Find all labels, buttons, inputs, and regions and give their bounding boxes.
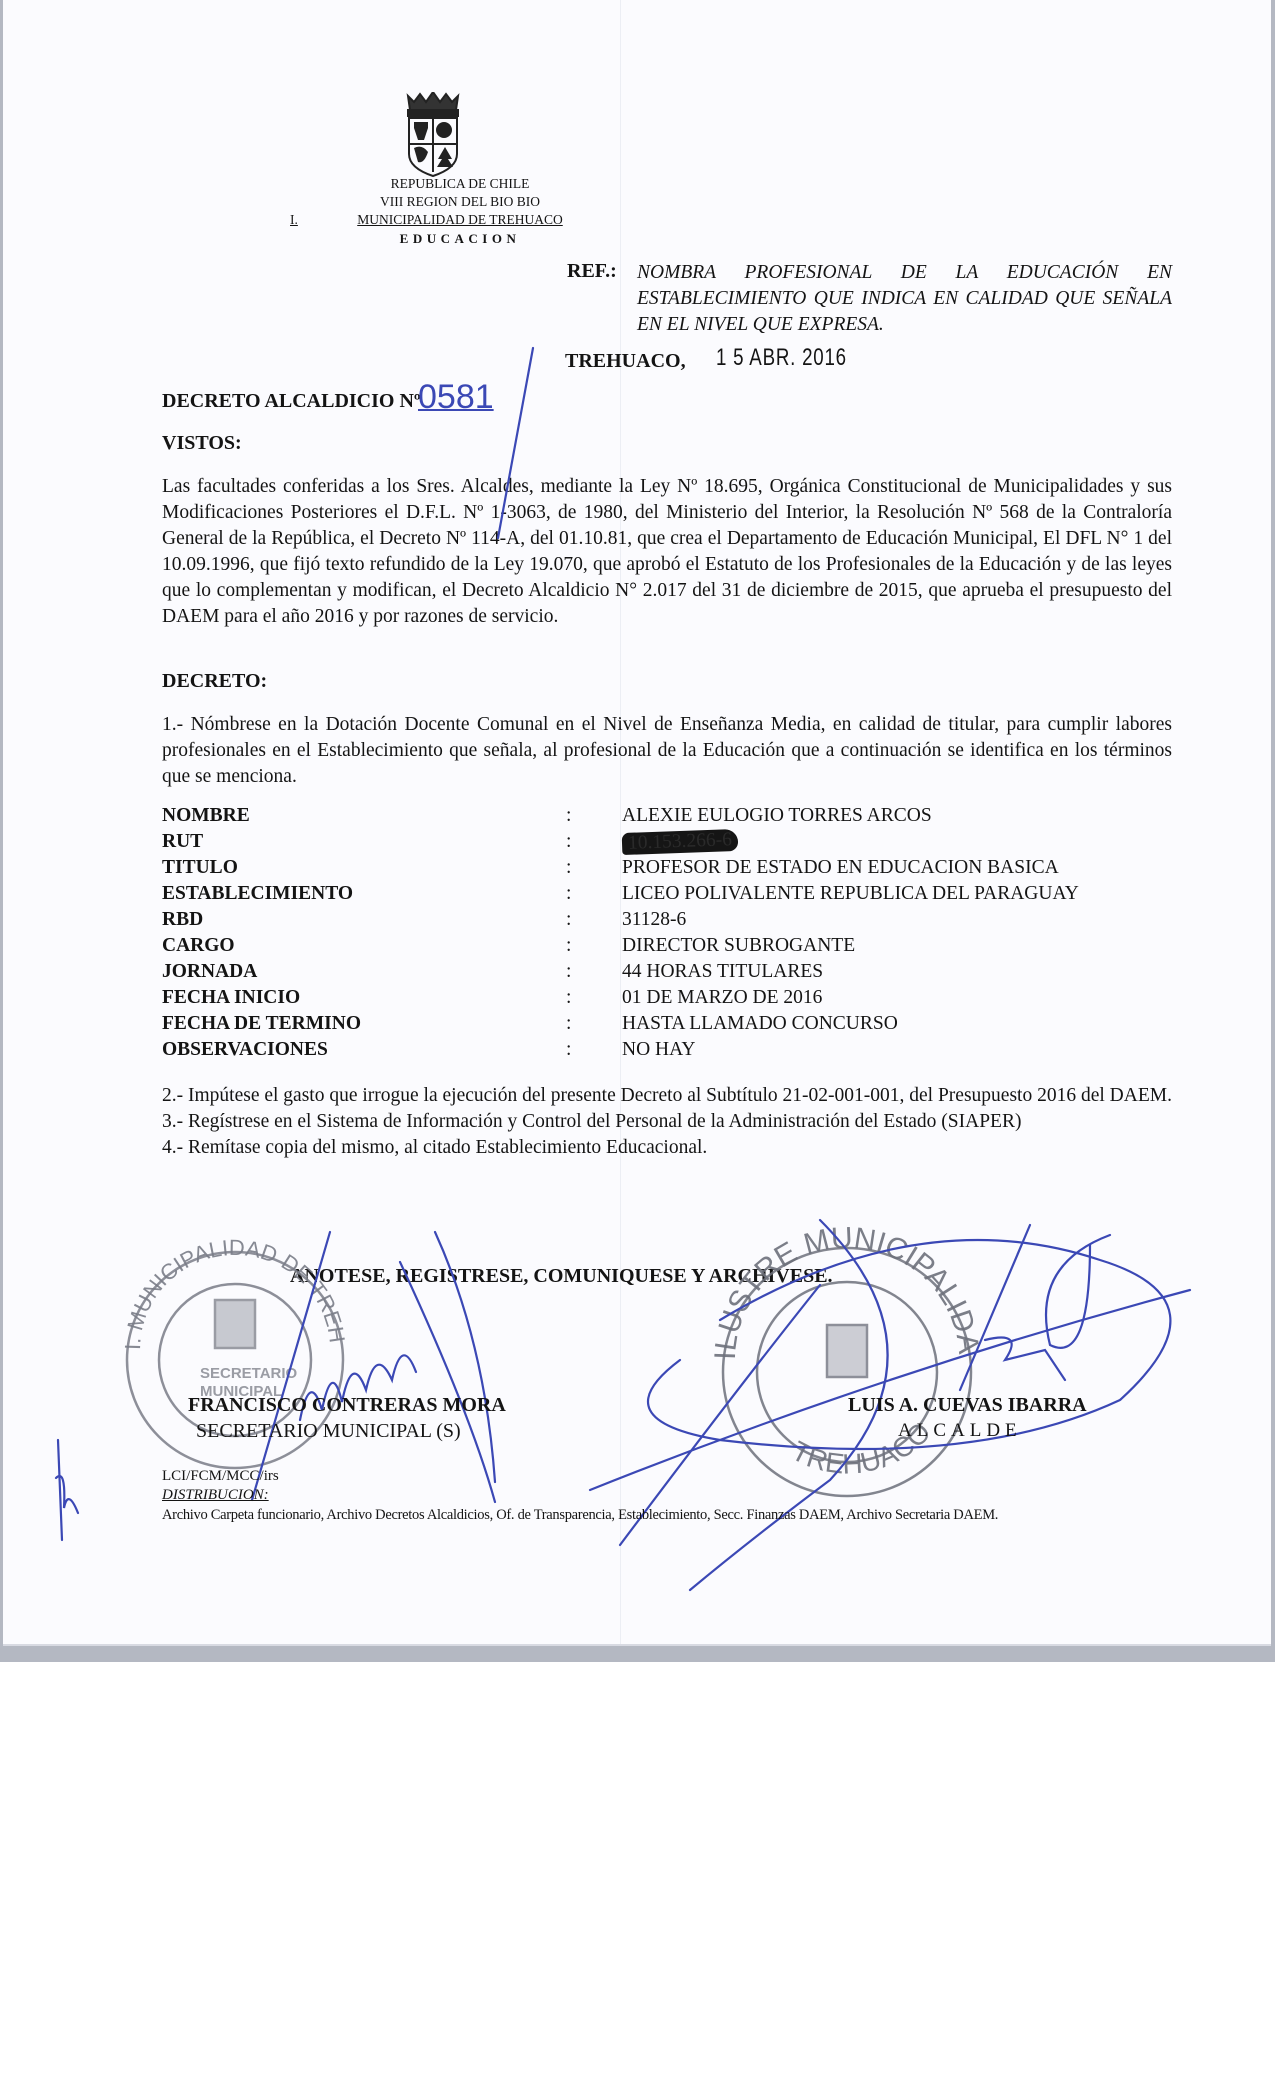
field-value-text: PROFESOR DE ESTADO EN EDUCACION BASICA: [622, 857, 1059, 878]
place-city: TREHUACO,: [565, 350, 686, 373]
letterhead-municipality: MUNICIPALIDAD DE TREHUACO: [330, 212, 590, 228]
field-separator: :: [566, 831, 571, 853]
field-value: 31128-6: [622, 909, 686, 931]
field-label: RUT: [162, 831, 203, 853]
field-separator: :: [566, 857, 571, 879]
vistos-heading: VISTOS:: [162, 432, 242, 455]
decreto-item-3: 3.- Regístrese en el Sistema de Informac…: [162, 1109, 1172, 1135]
field-row: CARGO:DIRECTOR SUBROGANTE: [162, 935, 1172, 961]
field-value: NO HAY: [622, 1039, 696, 1061]
date-stamp: 1 5 ABR. 2016: [716, 344, 847, 372]
field-value-text: NO HAY: [622, 1039, 696, 1060]
field-value: PROFESOR DE ESTADO EN EDUCACION BASICA: [622, 857, 1059, 879]
field-label: JORNADA: [162, 961, 257, 983]
redacted-value: 10.153.266-6: [622, 829, 739, 855]
field-row: TITULO:PROFESOR DE ESTADO EN EDUCACION B…: [162, 857, 1172, 883]
field-label: FECHA INICIO: [162, 987, 300, 1009]
field-row: FECHA DE TERMINO:HASTA LLAMADO CONCURSO: [162, 1013, 1172, 1039]
field-value: 10.153.266-6: [622, 831, 738, 853]
appointment-fields: NOMBRE:ALEXIE EULOGIO TORRES ARCOSRUT:10…: [162, 805, 1172, 1065]
secretary-role: SECRETARIO MUNICIPAL (S): [196, 1420, 461, 1443]
decreto-items: 2.- Impútese el gasto que irrogue la eje…: [162, 1083, 1172, 1161]
distribution-label: DISTRIBUCION:: [162, 1487, 269, 1504]
field-value: DIRECTOR SUBROGANTE: [622, 935, 855, 957]
field-label: NOMBRE: [162, 805, 250, 827]
closing-formula: ANOTESE, REGISTRESE, COMUNIQUESE Y ARCHI…: [290, 1265, 833, 1288]
decree-number-label: DECRETO ALCALDICIO Nº: [162, 390, 421, 413]
field-separator: :: [566, 987, 571, 1009]
field-row: RBD:31128-6: [162, 909, 1172, 935]
letterhead-prefix: I.: [290, 212, 298, 228]
municipal-coat-of-arms-icon: [400, 92, 466, 178]
distribution-list: Archivo Carpeta funcionario, Archivo Dec…: [162, 1507, 998, 1524]
reference-label: REF.:: [567, 260, 617, 283]
field-value-text: 44 HORAS TITULARES: [622, 961, 823, 982]
field-row: FECHA INICIO:01 DE MARZO DE 2016: [162, 987, 1172, 1013]
decree-number-handwritten: 0581: [418, 378, 494, 417]
field-separator: :: [566, 805, 571, 827]
field-value-text: DIRECTOR SUBROGANTE: [622, 935, 855, 956]
field-label: RBD: [162, 909, 203, 931]
vistos-paragraph: Las facultades conferidas a los Sres. Al…: [162, 474, 1172, 630]
field-label: CARGO: [162, 935, 235, 957]
mayor-name: LUIS A. CUEVAS IBARRA: [848, 1394, 1087, 1417]
field-separator: :: [566, 883, 571, 905]
field-separator: :: [566, 1013, 571, 1035]
reference-text: NOMBRA PROFESIONAL DE LA EDUCACIÓN EN ES…: [637, 260, 1172, 338]
decreto-heading: DECRETO:: [162, 670, 267, 693]
decreto-item-4: 4.- Remítase copia del mismo, al citado …: [162, 1135, 1172, 1161]
field-label: FECHA DE TERMINO: [162, 1013, 361, 1035]
field-value: 01 DE MARZO DE 2016: [622, 987, 822, 1009]
secretary-name: FRANCISCO CONTRERAS MORA: [188, 1394, 506, 1417]
field-row: ESTABLECIMIENTO:LICEO POLIVALENTE REPUBL…: [162, 883, 1172, 909]
letterhead-department: EDUCACION: [330, 231, 590, 247]
field-separator: :: [566, 1039, 571, 1061]
field-value-text: HASTA LLAMADO CONCURSO: [622, 1013, 898, 1034]
field-label: TITULO: [162, 857, 238, 879]
field-label: ESTABLECIMIENTO: [162, 883, 353, 905]
letterhead-region: VIII REGION DEL BIO BIO: [330, 194, 590, 210]
field-separator: :: [566, 961, 571, 983]
decreto-item-1: 1.- Nómbrese en la Dotación Docente Comu…: [162, 712, 1172, 790]
field-value-text: 31128-6: [622, 909, 686, 930]
mayor-role: ALCALDE: [898, 1420, 1022, 1442]
field-row: JORNADA:44 HORAS TITULARES: [162, 961, 1172, 987]
responsible-initials: LCI/FCM/MCC/irs: [162, 1468, 279, 1485]
field-label: OBSERVACIONES: [162, 1039, 328, 1061]
field-value: LICEO POLIVALENTE REPUBLICA DEL PARAGUAY: [622, 883, 1079, 905]
field-value-text: ALEXIE EULOGIO TORRES ARCOS: [622, 805, 932, 826]
field-row: NOMBRE:ALEXIE EULOGIO TORRES ARCOS: [162, 805, 1172, 831]
letterhead-country: REPUBLICA DE CHILE: [330, 176, 590, 192]
decreto-item-2: 2.- Impútese el gasto que irrogue la eje…: [162, 1083, 1172, 1109]
field-row: RUT:10.153.266-6: [162, 831, 1172, 857]
field-separator: :: [566, 935, 571, 957]
field-value: HASTA LLAMADO CONCURSO: [622, 1013, 898, 1035]
field-value-text: 01 DE MARZO DE 2016: [622, 987, 822, 1008]
field-value: ALEXIE EULOGIO TORRES ARCOS: [622, 805, 932, 827]
field-separator: :: [566, 909, 571, 931]
field-value-text: LICEO POLIVALENTE REPUBLICA DEL PARAGUAY: [622, 883, 1079, 904]
field-value: 44 HORAS TITULARES: [622, 961, 823, 983]
field-row: OBSERVACIONES:NO HAY: [162, 1039, 1172, 1065]
